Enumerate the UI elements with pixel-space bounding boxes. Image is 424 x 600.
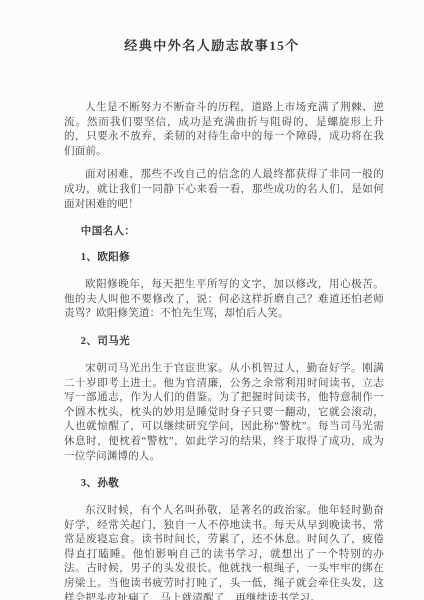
story-2-heading: 2、司马光 [64, 335, 384, 348]
document-body: 人生是不断努力不断奋斗的历程，道路上市场充满了荆棘、逆流。然而我们要坚信，成功是… [64, 101, 384, 600]
document-title: 经典中外名人励志故事15个 [0, 0, 424, 54]
story-3-heading: 3、孙敬 [64, 477, 384, 490]
story-3-body: 东汉时候，有个人名叫孙敬，是著名的政治家。他年轻时勤奋好学，经常关起门，独自一人… [64, 504, 384, 600]
story-1-heading: 1、欧阳修 [64, 251, 384, 264]
story-1-body: 欧阳修晚年，每天把生平所写的文字，加以修改，用心极苦。他的夫人叫他不要修改了，说… [64, 278, 384, 322]
section-heading-chinese-celebrities: 中国名人： [64, 225, 384, 238]
story-3: 3、孙敬 东汉时候，有个人名叫孙敬，是著名的政治家。他年轻时勤奋好学，经常关起门… [64, 477, 384, 600]
story-2: 2、司马光 宋朝司马光出生于官宦世家。从小机智过人，勤奋好学。刚满二十岁即考上进… [64, 335, 384, 464]
story-1: 1、欧阳修 欧阳修晚年，每天把生平所写的文字，加以修改，用心极苦。他的夫人叫他不… [64, 251, 384, 322]
intro-paragraph-1: 人生是不断努力不断奋斗的历程，道路上市场充满了荆棘、逆流。然而我们要坚信，成功是… [64, 101, 384, 159]
intro-paragraph-2: 面对困难，那些不改自己的信念的人最终都获得了非同一般的成功，就让我们一同静下心来… [64, 168, 384, 212]
story-2-body: 宋朝司马光出生于官宦世家。从小机智过人，勤奋好学。刚满二十岁即考上进士。他为官清… [64, 362, 384, 464]
document-page: 经典中外名人励志故事15个 人生是不断努力不断奋斗的历程，道路上市场充满了荆棘、… [0, 0, 424, 600]
